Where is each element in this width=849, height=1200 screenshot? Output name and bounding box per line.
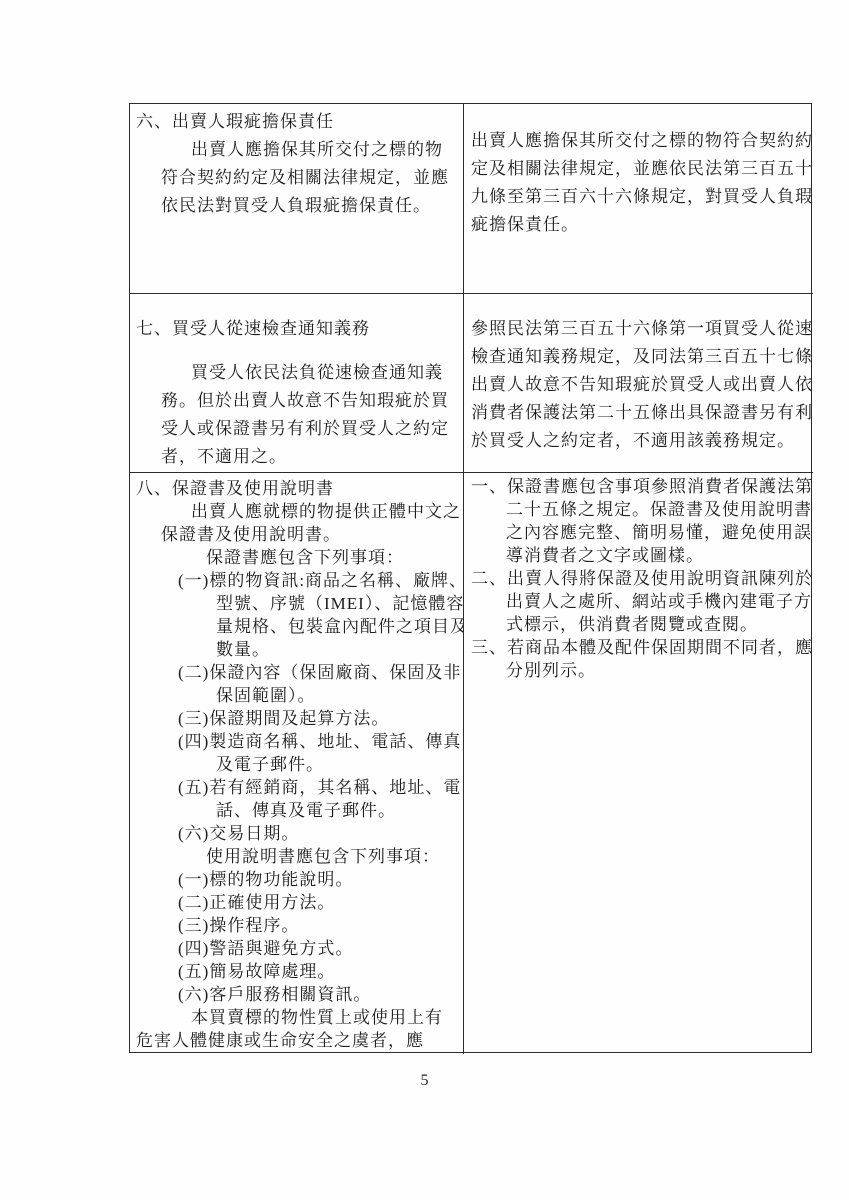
- text-line: 分別列示。: [471, 659, 811, 682]
- text-line: 二十五條之規定。保證書及使用說明書: [471, 498, 811, 521]
- text-line: 出賣人故意不告知瑕疵於買受人或出賣人依: [471, 371, 811, 399]
- table-cell-row3-left: 八、保證書及使用說明書出賣人應就標的物提供正體中文之保證書及使用說明書。保證書應…: [130, 473, 464, 1054]
- text-line: 消費者保護法第二十五條出具保證書另有利: [471, 399, 811, 427]
- text-line: 出賣人之處所、網站或手機內建電子方: [471, 590, 811, 613]
- text-line: 買受人依民法負從速檢查通知義: [136, 359, 461, 387]
- text-line: 話、傳真及電子郵件。: [136, 799, 461, 822]
- text-line: 一、保證書應包含事項參照消費者保護法第: [471, 475, 811, 498]
- document-page: 六、出賣人瑕疵擔保責任出賣人應擔保其所交付之標的物符合契約約定及相關法律規定，並…: [0, 0, 849, 1200]
- text-line: 九條至第三百六十六條規定，對買受人負瑕: [471, 183, 811, 211]
- text-line: 型號、序號（IMEI）、記憶體容: [136, 592, 461, 615]
- text-line: 保證書應包含下列事項：: [136, 546, 461, 569]
- text-line: 七、買受人從速檢查通知義務: [136, 315, 461, 343]
- table-cell-row2-left: 七、買受人從速檢查通知義務買受人依民法負從速檢查通知義務。但於出賣人故意不告知瑕…: [130, 294, 464, 473]
- text-line: (六)交易日期。: [136, 822, 461, 845]
- text-line: 三、若商品本體及配件保固期間不同者，應: [471, 636, 811, 659]
- text-line: 出賣人應擔保其所交付之標的物符合契約約: [471, 127, 811, 155]
- text-line: (四)警語與避免方式。: [136, 937, 461, 960]
- text-line: (五)簡易故障處理。: [136, 960, 461, 983]
- text-line: 保固範圍）。: [136, 684, 461, 707]
- text-line: 危害人體健康或生命安全之虞者，應: [136, 1029, 461, 1052]
- text-line: 八、保證書及使用說明書: [136, 477, 461, 500]
- page-number: 5: [0, 1072, 849, 1090]
- text-line: 依民法對買受人負瑕疵擔保責任。: [136, 192, 461, 220]
- text-line: (三)操作程序。: [136, 914, 461, 937]
- text-line: (一)標的物功能說明。: [136, 868, 461, 891]
- text-line: 式標示，供消費者閱覽或查閱。: [471, 613, 811, 636]
- text-line: 出賣人應擔保其所交付之標的物: [136, 136, 461, 164]
- contract-table: 六、出賣人瑕疵擔保責任出賣人應擔保其所交付之標的物符合契約約定及相關法律規定，並…: [129, 103, 812, 1053]
- text-line: 符合契約約定及相關法律規定，並應: [136, 164, 461, 192]
- text-line: 數量。: [136, 638, 461, 661]
- text-line: (六)客戶服務相關資訊。: [136, 983, 461, 1006]
- text-line: 保證書及使用說明書。: [136, 523, 461, 546]
- text-line: 二、出賣人得將保證及使用說明資訊陳列於: [471, 567, 811, 590]
- text-line: 量規格、包裝盒內配件之項目及: [136, 615, 461, 638]
- text-line: 務。但於出賣人故意不告知瑕疵於買: [136, 387, 461, 415]
- table-cell-row1-right: 出賣人應擔保其所交付之標的物符合契約約定及相關法律規定，並應依民法第三百五十九條…: [464, 104, 813, 294]
- text-line: 於買受人之約定者，不適用該義務規定。: [471, 427, 811, 455]
- text-line: 者，不適用之。: [136, 443, 461, 471]
- text-line: 參照民法第三百五十六條第一項買受人從速: [471, 315, 811, 343]
- text-line: 檢查通知義務規定，及同法第三百五十七條: [471, 343, 811, 371]
- text-line: 使用說明書應包含下列事項：: [136, 845, 461, 868]
- text-line: (三)保證期間及起算方法。: [136, 707, 461, 730]
- table-cell-row2-right: 參照民法第三百五十六條第一項買受人從速檢查通知義務規定，及同法第三百五十七條出賣…: [464, 294, 813, 473]
- text-line: 及電子郵件。: [136, 753, 461, 776]
- text-line: (四)製造商名稱、地址、電話、傳真: [136, 730, 461, 753]
- text-line: 出賣人應就標的物提供正體中文之: [136, 500, 461, 523]
- table-cell-row1-left: 六、出賣人瑕疵擔保責任出賣人應擔保其所交付之標的物符合契約約定及相關法律規定，並…: [130, 104, 464, 294]
- text-line: (二)正確使用方法。: [136, 891, 461, 914]
- text-line: 導消費者之文字或圖樣。: [471, 544, 811, 567]
- text-line: 本買賣標的物性質上或使用上有: [136, 1006, 461, 1029]
- text-line: (五)若有經銷商，其名稱、地址、電: [136, 776, 461, 799]
- text-line: 之內容應完整、簡明易懂，避免使用誤: [471, 521, 811, 544]
- text-line: 受人或保證書另有利於買受人之約定: [136, 415, 461, 443]
- text-line: 疵擔保責任。: [471, 211, 811, 239]
- text-line: (一)標的物資訊:商品之名稱、廠牌、: [136, 569, 461, 592]
- text-line: 定及相關法律規定，並應依民法第三百五十: [471, 155, 811, 183]
- text-line: (二)保證內容（保固廠商、保固及非: [136, 661, 461, 684]
- table-cell-row3-right: 一、保證書應包含事項參照消費者保護法第二十五條之規定。保證書及使用說明書之內容應…: [464, 473, 813, 1054]
- text-line: 六、出賣人瑕疵擔保責任: [136, 108, 461, 136]
